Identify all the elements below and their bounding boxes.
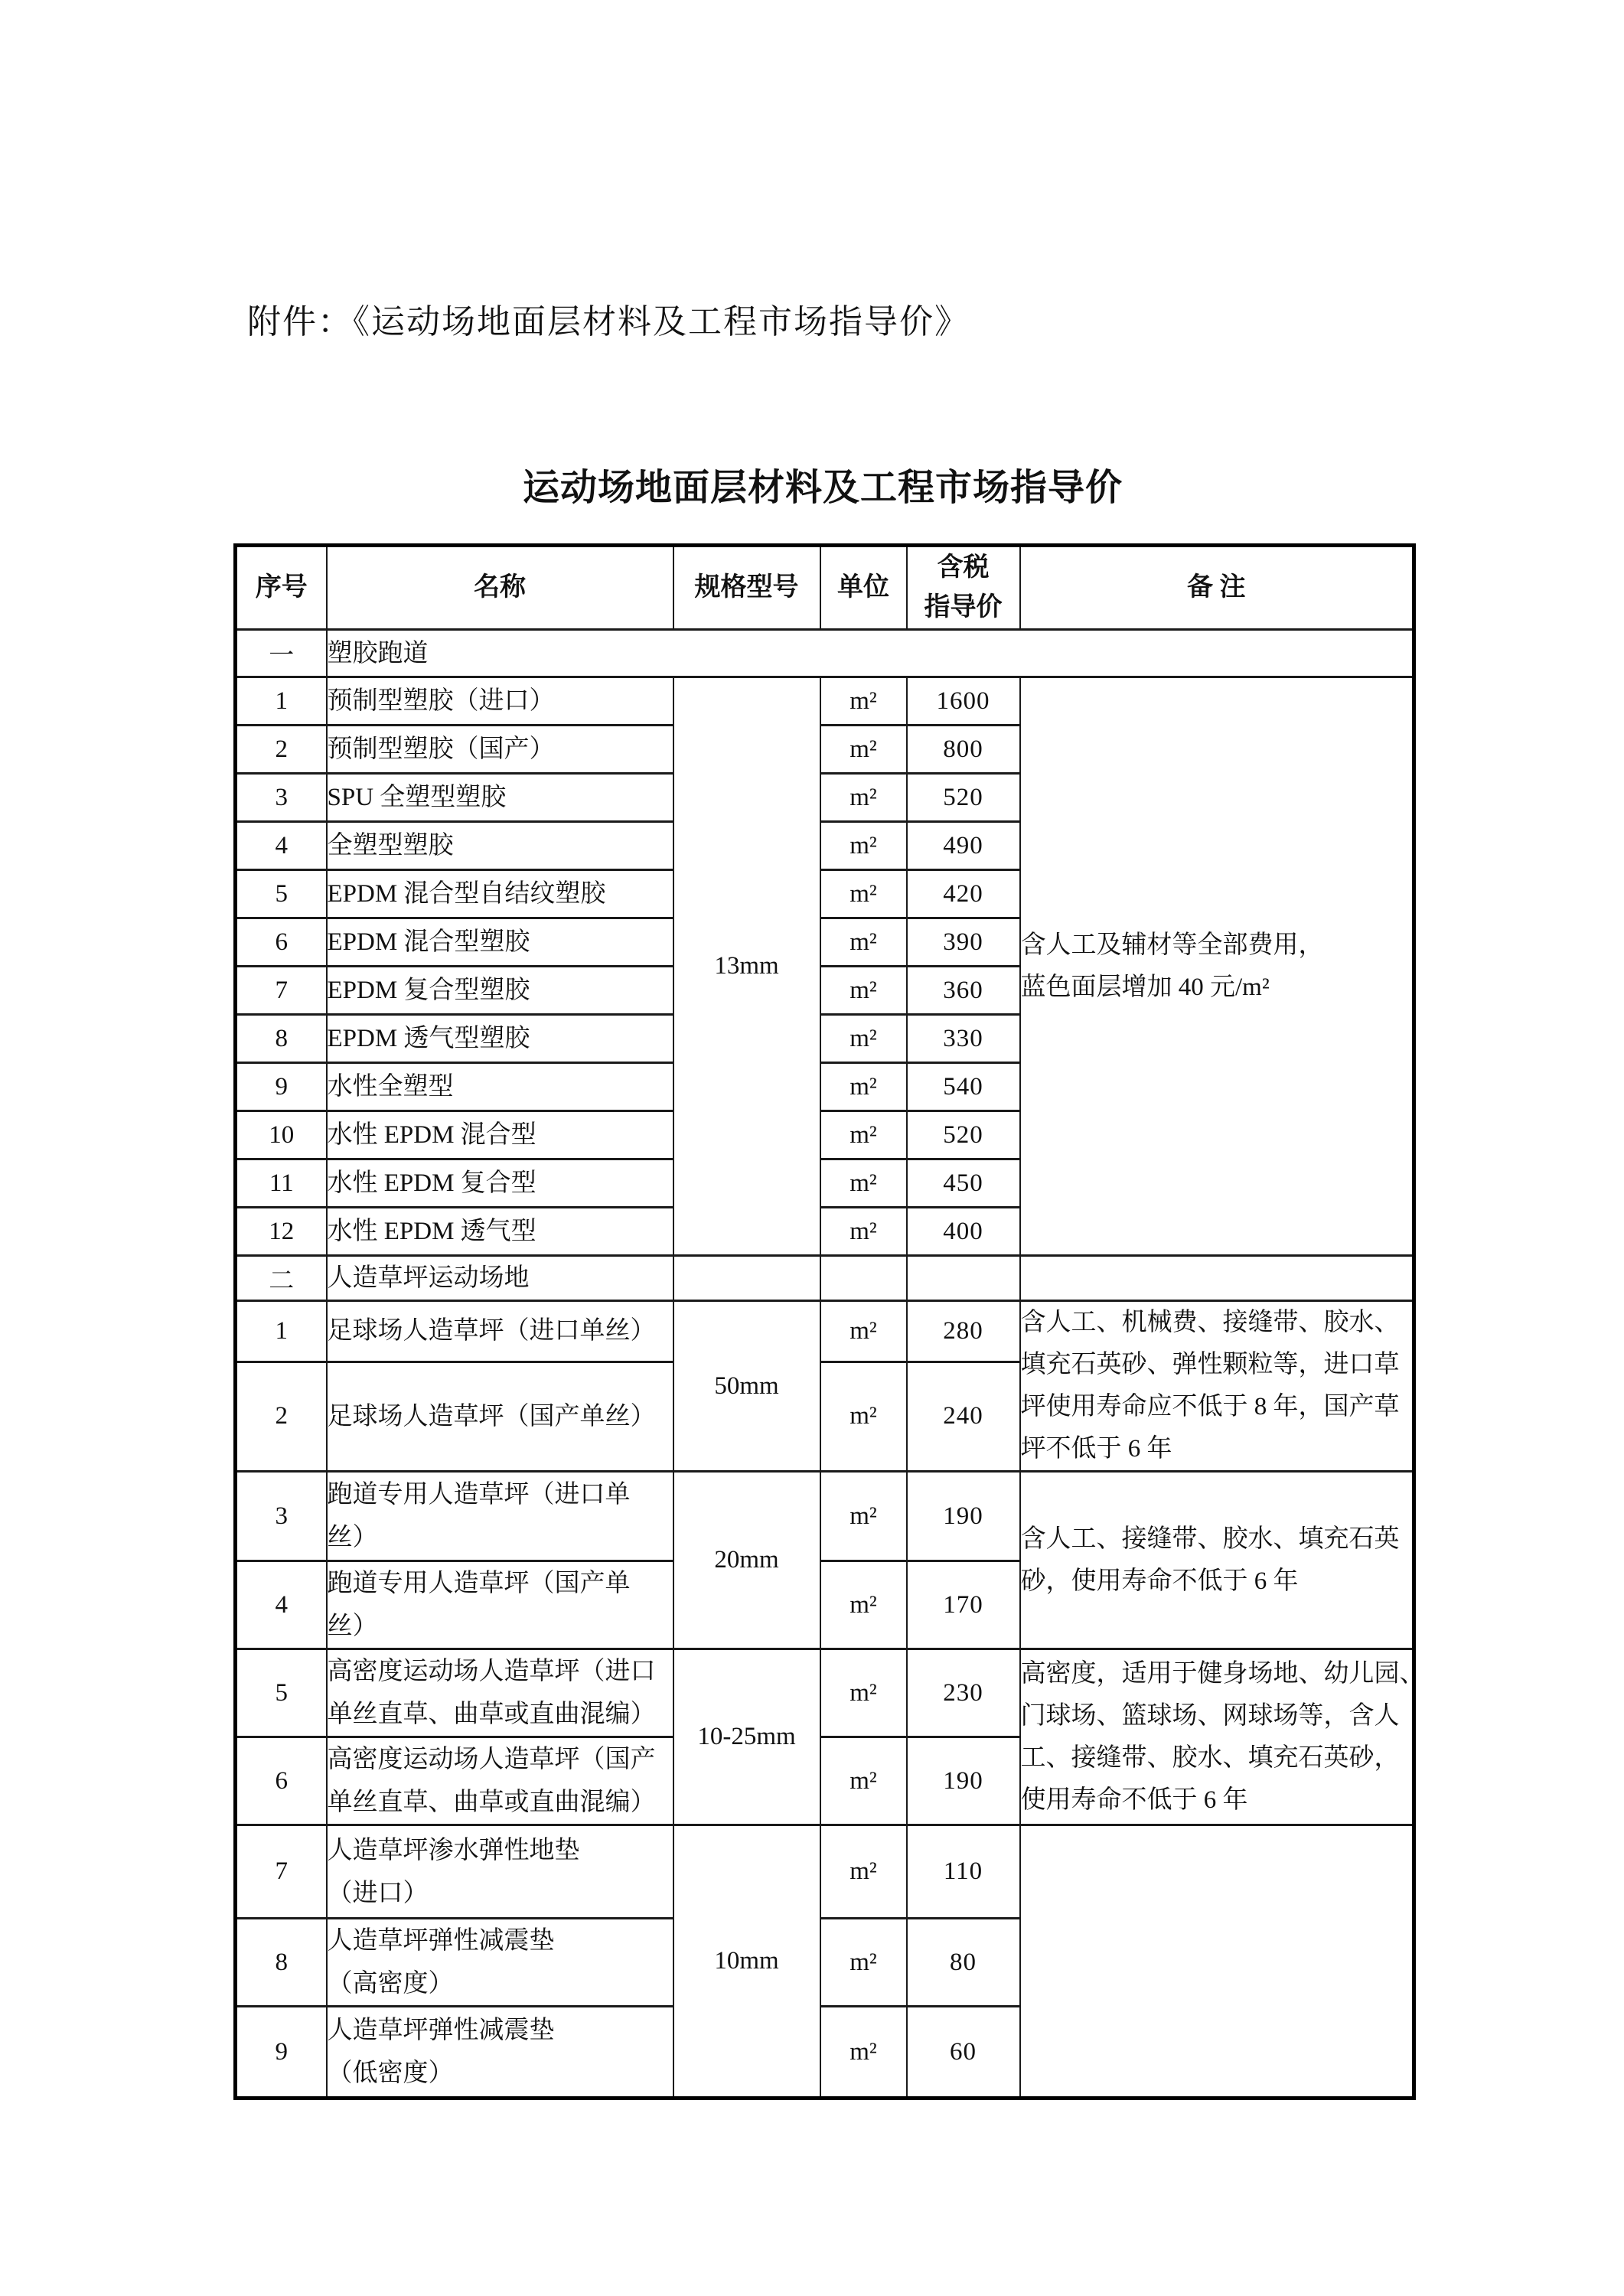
cell-unit: m²	[820, 1015, 907, 1063]
cell-name: EPDM 复合型塑胶	[327, 967, 673, 1015]
cell-name: 全塑型塑胶	[327, 822, 673, 870]
cell-unit: m²	[820, 1737, 907, 1825]
cell-unit: m²	[820, 1825, 907, 1919]
cell-unit: m²	[820, 774, 907, 822]
cell-name: EPDM 混合型自结纹塑胶	[327, 870, 673, 918]
cell-name: 预制型塑胶（国产）	[327, 726, 673, 774]
cell-remark-empty	[1020, 1256, 1414, 1301]
cell-price: 400	[907, 1208, 1020, 1256]
header-unit: 单位	[820, 546, 907, 630]
cell-spec: 50mm	[673, 1301, 820, 1472]
cell-price: 800	[907, 726, 1020, 774]
cell-name: 水性全塑型	[327, 1063, 673, 1111]
cell-price: 450	[907, 1159, 1020, 1208]
cell-price: 1600	[907, 677, 1020, 726]
header-name: 名称	[327, 546, 673, 630]
cell-name: 跑道专用人造草坪（国产单 丝）	[327, 1561, 673, 1649]
section2-label: 二	[236, 1256, 327, 1301]
header-price: 含税 指导价	[907, 546, 1020, 630]
cell-index: 1	[236, 677, 327, 726]
cell-index: 7	[236, 967, 327, 1015]
cell-unit: m²	[820, 870, 907, 918]
cell-remark	[1020, 1825, 1414, 2099]
cell-price: 490	[907, 822, 1020, 870]
cell-unit: m²	[820, 1301, 907, 1362]
cell-index: 5	[236, 1649, 327, 1737]
cell-price: 80	[907, 1919, 1020, 2007]
cell-remark: 高密度，适用于健身场地、幼儿园、 门球场、篮球场、网球场等，含人 工、接缝带、胶…	[1020, 1649, 1414, 1825]
cell-name: 足球场人造草坪（进口单丝）	[327, 1301, 673, 1362]
cell-name: 人造草坪弹性减震垫 （低密度）	[327, 2007, 673, 2099]
cell-unit: m²	[820, 726, 907, 774]
section1-label: 一	[236, 630, 327, 677]
cell-unit-empty	[820, 1256, 907, 1301]
cell-price: 420	[907, 870, 1020, 918]
header-index: 序号	[236, 546, 327, 630]
cell-price: 190	[907, 1737, 1020, 1825]
cell-price: 390	[907, 918, 1020, 967]
cell-name: 人造草坪弹性减震垫 （高密度）	[327, 1919, 673, 2007]
section1-row: 一 塑胶跑道	[236, 630, 1414, 677]
cell-spec: 10-25mm	[673, 1649, 820, 1825]
cell-unit: m²	[820, 1111, 907, 1159]
section2-title: 人造草坪运动场地	[327, 1256, 673, 1301]
section1-title: 塑胶跑道	[327, 630, 1414, 677]
cell-price: 330	[907, 1015, 1020, 1063]
cell-index: 8	[236, 1919, 327, 2007]
cell-unit: m²	[820, 1472, 907, 1561]
cell-remark: 含人工、机械费、接缝带、胶水、 填充石英砂、弹性颗粒等，进口草 坪使用寿命应不低…	[1020, 1301, 1414, 1472]
cell-price-empty	[907, 1256, 1020, 1301]
cell-remark: 含人工、接缝带、胶水、填充石英 砂，使用寿命不低于 6 年	[1020, 1472, 1414, 1649]
cell-spec: 13mm	[673, 677, 820, 1256]
cell-name: 高密度运动场人造草坪（进口 单丝直草、曲草或直曲混编）	[327, 1649, 673, 1737]
cell-remark: 含人工及辅材等全部费用， 蓝色面层增加 40 元/m²	[1020, 677, 1414, 1256]
cell-unit: m²	[820, 1063, 907, 1111]
table-row: 1 预制型塑胶（进口） 13mm m² 1600 含人工及辅材等全部费用， 蓝色…	[236, 677, 1414, 726]
cell-price: 60	[907, 2007, 1020, 2099]
cell-unit: m²	[820, 1208, 907, 1256]
cell-unit: m²	[820, 967, 907, 1015]
cell-index: 12	[236, 1208, 327, 1256]
cell-name: 水性 EPDM 复合型	[327, 1159, 673, 1208]
document-page: 附件：《运动场地面层材料及工程市场指导价》 运动场地面层材料及工程市场指导价 序…	[0, 0, 1624, 2296]
cell-price: 520	[907, 1111, 1020, 1159]
cell-index: 4	[236, 1561, 327, 1649]
cell-index: 5	[236, 870, 327, 918]
cell-index: 4	[236, 822, 327, 870]
cell-index: 2	[236, 726, 327, 774]
table-title: 运动场地面层材料及工程市场指导价	[233, 465, 1412, 511]
section2-row: 二 人造草坪运动场地	[236, 1256, 1414, 1301]
header-price-line2: 指导价	[908, 588, 1019, 628]
cell-price: 540	[907, 1063, 1020, 1111]
attachment-title: 附件：《运动场地面层材料及工程市场指导价》	[247, 300, 970, 344]
cell-price: 360	[907, 967, 1020, 1015]
cell-unit: m²	[820, 677, 907, 726]
cell-index: 7	[236, 1825, 327, 1919]
cell-unit: m²	[820, 918, 907, 967]
cell-index: 11	[236, 1159, 327, 1208]
cell-index: 1	[236, 1301, 327, 1362]
cell-index: 10	[236, 1111, 327, 1159]
cell-spec-empty	[673, 1256, 820, 1301]
cell-name: EPDM 混合型塑胶	[327, 918, 673, 967]
table-row: 3 跑道专用人造草坪（进口单 丝） 20mm m² 190 含人工、接缝带、胶水…	[236, 1472, 1414, 1561]
cell-name: 水性 EPDM 混合型	[327, 1111, 673, 1159]
header-price-line1: 含税	[908, 548, 1019, 588]
cell-name: 水性 EPDM 透气型	[327, 1208, 673, 1256]
cell-index: 6	[236, 1737, 327, 1825]
cell-index: 9	[236, 1063, 327, 1111]
cell-name: 足球场人造草坪（国产单丝）	[327, 1362, 673, 1471]
cell-index: 3	[236, 774, 327, 822]
cell-price: 110	[907, 1825, 1020, 1919]
cell-unit: m²	[820, 1561, 907, 1649]
cell-price: 170	[907, 1561, 1020, 1649]
cell-unit: m²	[820, 822, 907, 870]
table-row: 1 足球场人造草坪（进口单丝） 50mm m² 280 含人工、机械费、接缝带、…	[236, 1301, 1414, 1362]
cell-name: 预制型塑胶（进口）	[327, 677, 673, 726]
cell-price: 190	[907, 1472, 1020, 1561]
cell-unit: m²	[820, 1362, 907, 1471]
cell-price: 230	[907, 1649, 1020, 1737]
cell-spec: 10mm	[673, 1825, 820, 2099]
cell-name: SPU 全塑型塑胶	[327, 774, 673, 822]
cell-name: 跑道专用人造草坪（进口单 丝）	[327, 1472, 673, 1561]
cell-unit: m²	[820, 1649, 907, 1737]
table-row: 7 人造草坪渗水弹性地垫 （进口） 10mm m² 110	[236, 1825, 1414, 1919]
cell-name: 高密度运动场人造草坪（国产 单丝直草、曲草或直曲混编）	[327, 1737, 673, 1825]
header-remark: 备 注	[1020, 546, 1414, 630]
header-spec: 规格型号	[673, 546, 820, 630]
cell-price: 280	[907, 1301, 1020, 1362]
cell-index: 6	[236, 918, 327, 967]
cell-index: 9	[236, 2007, 327, 2099]
cell-index: 8	[236, 1015, 327, 1063]
cell-spec: 20mm	[673, 1472, 820, 1649]
cell-index: 3	[236, 1472, 327, 1561]
table-header-row: 序号 名称 规格型号 单位 含税 指导价 备 注	[236, 546, 1414, 630]
cell-price: 520	[907, 774, 1020, 822]
cell-unit: m²	[820, 1919, 907, 2007]
cell-index: 2	[236, 1362, 327, 1471]
table-row: 5 高密度运动场人造草坪（进口 单丝直草、曲草或直曲混编） 10-25mm m²…	[236, 1649, 1414, 1737]
cell-price: 240	[907, 1362, 1020, 1471]
cell-name: 人造草坪渗水弹性地垫 （进口）	[327, 1825, 673, 1919]
cell-unit: m²	[820, 2007, 907, 2099]
cell-unit: m²	[820, 1159, 907, 1208]
cell-name: EPDM 透气型塑胶	[327, 1015, 673, 1063]
price-table: 序号 名称 规格型号 单位 含税 指导价 备 注 一 塑胶跑道 1 预制型塑胶（…	[233, 543, 1416, 2100]
